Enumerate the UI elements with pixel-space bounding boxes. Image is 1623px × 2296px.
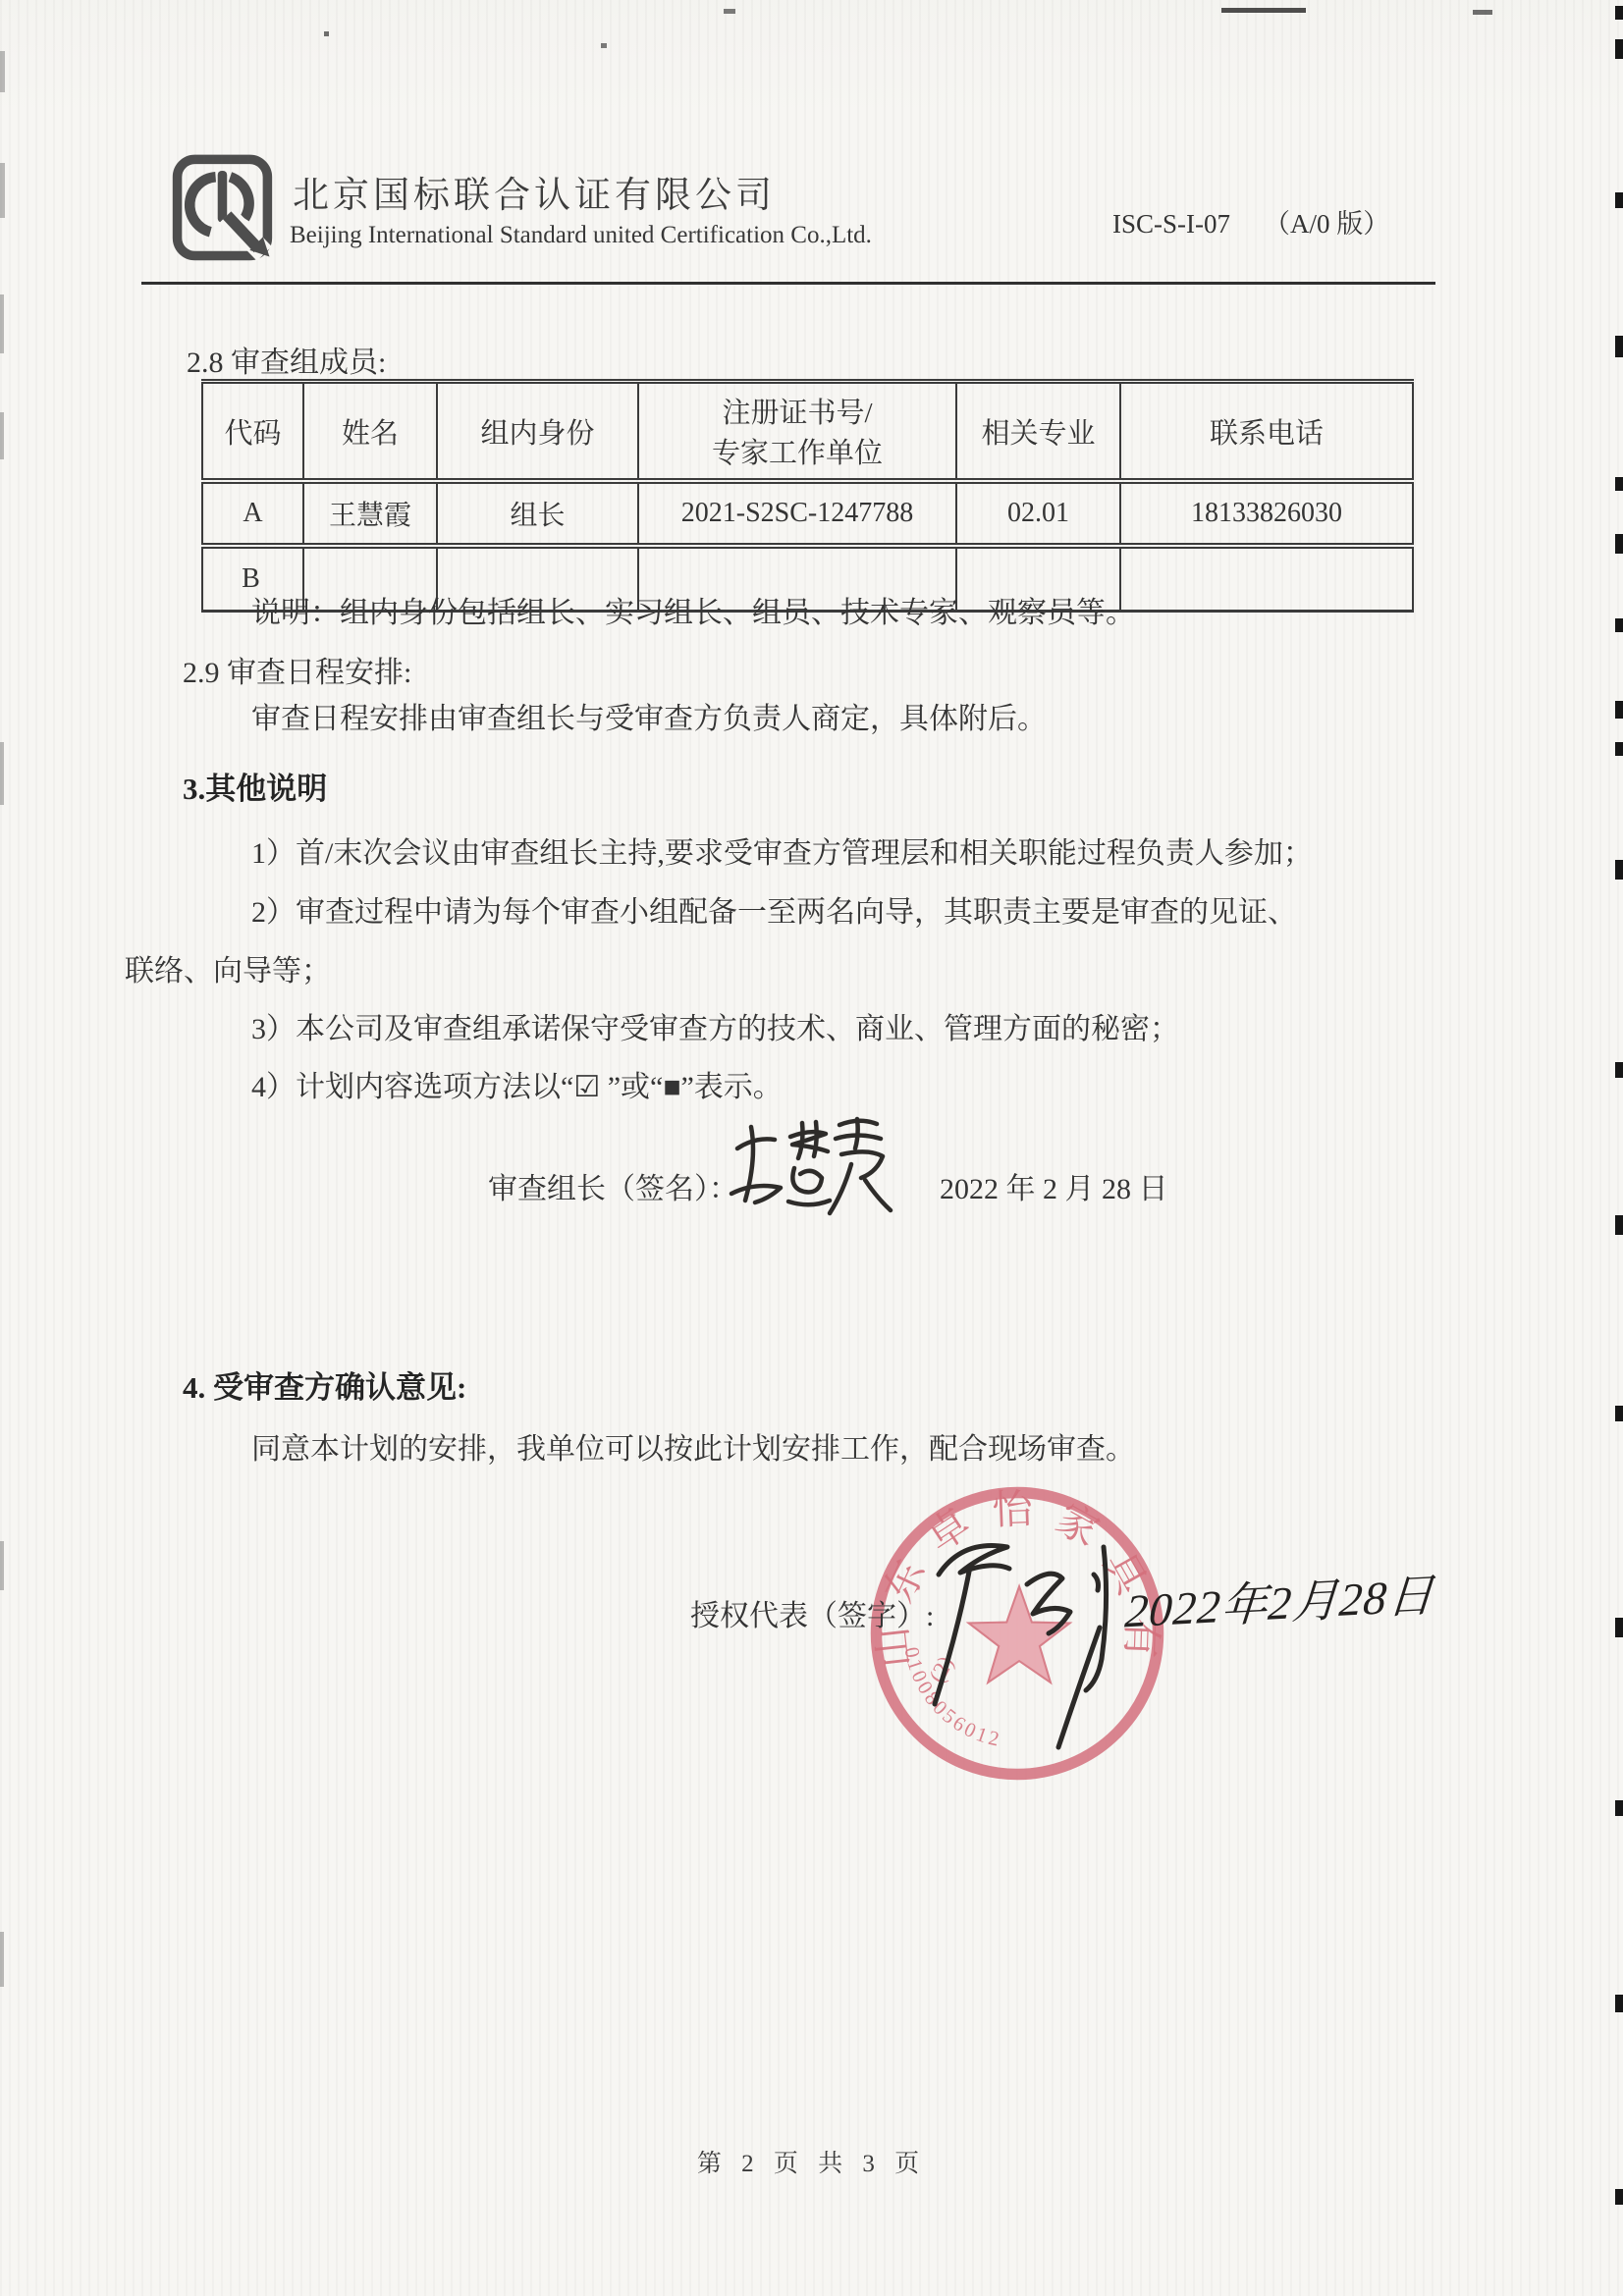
document-code-value: ISC-S-I-07 <box>1112 209 1230 239</box>
company-logo-icon <box>169 153 277 265</box>
scan-artifact <box>1615 1062 1623 1078</box>
auditee-signature-label: 授权代表（签字）: <box>690 1598 934 1635</box>
col-header-name: 姓名 <box>303 382 437 482</box>
section-2-9-title: 2.9 审查日程安排: <box>183 648 411 691</box>
cell-role-a: 组长 <box>437 481 638 546</box>
scan-artifact <box>1615 1406 1623 1421</box>
col-header-cert-line1: 注册证书号/ <box>643 391 951 431</box>
scan-artifact <box>324 31 329 36</box>
cell-major-a: 02.01 <box>956 481 1120 546</box>
scan-artifact <box>601 43 607 48</box>
scan-artifact <box>1615 701 1623 719</box>
scan-artifact <box>1615 39 1623 59</box>
section-4-body: 同意本计划的安排，我单位可以按此计划安排工作，配合现场审查。 <box>251 1431 1135 1468</box>
scan-artifact <box>0 412 4 459</box>
scan-artifact <box>1615 860 1623 880</box>
section-3-item-2-line1: 2）审查过程中请为每个审查小组配备一至两名向导，其职责主要是审查的见证、 <box>251 894 1297 932</box>
cell-code-a: A <box>202 481 303 546</box>
scan-artifact <box>0 51 5 92</box>
col-header-cert-line2: 专家工作单位 <box>643 431 951 471</box>
col-header-major: 相关专业 <box>956 382 1120 482</box>
section-3-item-4: 4）计划内容选项方法以“☑ ”或“■”表示。 <box>251 1069 783 1106</box>
leader-sign-date: 2022 年 2 月 28 日 <box>940 1171 1168 1208</box>
table-header-row: 代码 姓名 组内身份 注册证书号/ 专家工作单位 相关专业 联系电话 <box>202 382 1413 482</box>
section-4-title: 4. 受审查方确认意见: <box>183 1362 466 1407</box>
company-name-cn: 北京国标联合认证有限公司 <box>293 165 776 218</box>
section-2-8-title: 2.8 审查组成员: <box>187 338 386 381</box>
col-header-cert: 注册证书号/ 专家工作单位 <box>638 382 956 482</box>
scan-artifact <box>1615 1995 1623 2012</box>
scan-artifact <box>1221 8 1306 13</box>
scan-artifact <box>0 1932 4 1987</box>
scan-artifact <box>1615 1800 1623 1816</box>
section-2-9-body: 审查日程安排由审查组长与受审查方负责人商定，具体附后。 <box>251 701 1047 738</box>
scanned-document-page: 北京国标联合认证有限公司 Beijing International Stand… <box>0 0 1623 2296</box>
cell-cert-a: 2021-S2SC-1247788 <box>638 481 956 546</box>
audit-team-table: 代码 姓名 组内身份 注册证书号/ 专家工作单位 相关专业 联系电话 A 王慧霞… <box>201 379 1414 613</box>
section-3-item-1: 1）首/末次会议由审查组长主持,要求受审查方管理层和相关职能过程负责人参加； <box>251 835 1313 873</box>
scan-artifact <box>0 163 5 218</box>
scan-artifact <box>0 294 4 353</box>
cell-phone-b <box>1120 546 1413 612</box>
scan-artifact <box>1615 1215 1623 1235</box>
cell-phone-a: 18133826030 <box>1120 481 1413 546</box>
document-version: （A/0 版） <box>1264 209 1389 239</box>
scan-artifact <box>1615 192 1623 208</box>
section-3-item-2-line2: 联络、向导等； <box>125 953 331 990</box>
scan-artifact <box>724 9 735 14</box>
scan-artifact <box>1615 477 1623 491</box>
scan-artifact <box>1615 336 1623 357</box>
scan-artifact <box>1615 2189 1623 2205</box>
header-divider <box>141 282 1435 285</box>
scan-artifact <box>1473 10 1492 15</box>
leader-signature-label: 审查组长（签名）： <box>488 1171 738 1208</box>
cell-name-a: 王慧霞 <box>303 481 437 546</box>
scan-artifact <box>1615 6 1623 20</box>
table-note: 说明：组内身份包括组长、实习组长、组员、技术专家、观察员等。 <box>251 595 1135 632</box>
leader-handwritten-signature <box>722 1107 903 1225</box>
scan-artifact <box>0 1541 4 1590</box>
scan-artifact <box>0 742 4 805</box>
section-3-title: 3.其他说明 <box>183 764 327 808</box>
document-code: ISC-S-I-07（A/0 版） <box>1112 202 1389 240</box>
col-header-phone: 联系电话 <box>1120 382 1413 482</box>
scan-artifact <box>1615 534 1623 554</box>
col-header-role: 组内身份 <box>437 382 638 482</box>
scan-artifact <box>1615 1618 1623 1637</box>
section-3-item-3: 3）本公司及审查组承诺保守受审查方的技术、商业、管理方面的秘密； <box>251 1011 1179 1048</box>
page-number: 第 2 页 共 3 页 <box>697 2144 926 2179</box>
table-row-a: A 王慧霞 组长 2021-S2SC-1247788 02.01 1813382… <box>202 481 1413 546</box>
scan-artifact <box>1615 618 1623 632</box>
scan-artifact <box>1615 742 1623 756</box>
col-header-code: 代码 <box>202 382 303 482</box>
company-name-en: Beijing International Standard united Ce… <box>290 222 872 249</box>
